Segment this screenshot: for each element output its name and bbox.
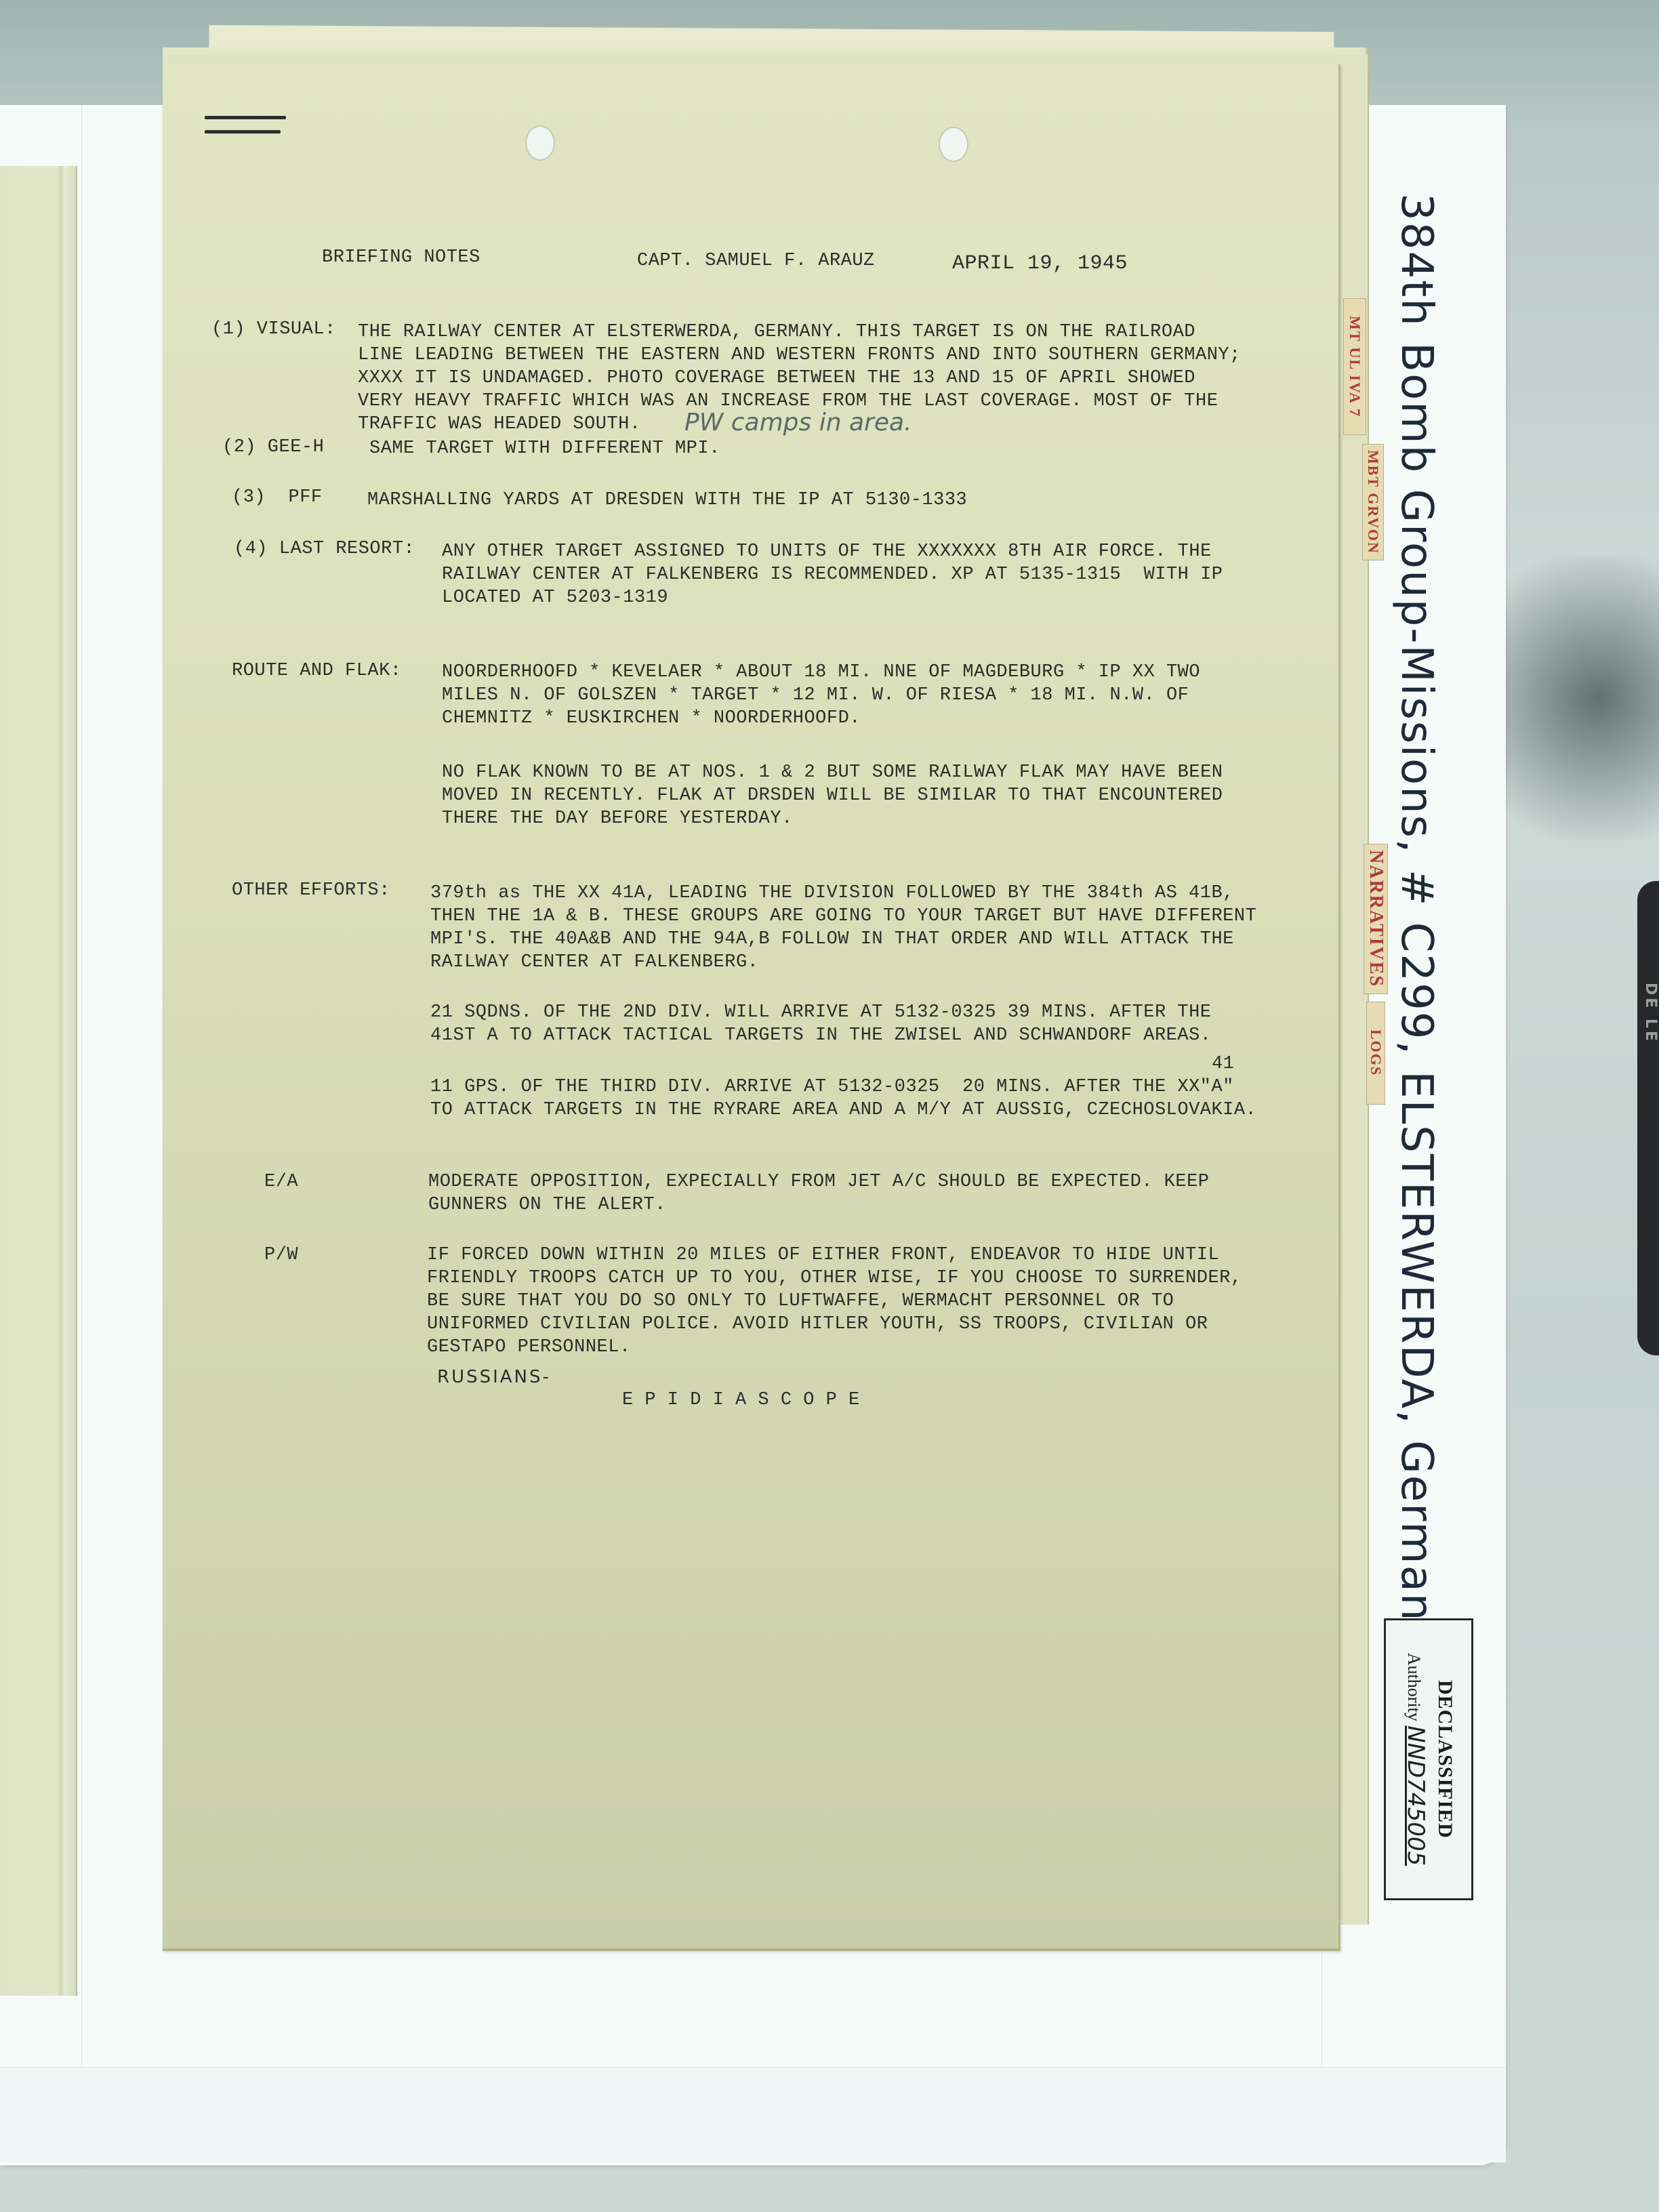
date: APRIL 19, 1945 bbox=[952, 252, 1128, 275]
route-line: MILES N. OF GOLSZEN * TARGET * 12 MI. W.… bbox=[442, 684, 1189, 707]
document-title: BRIEFING NOTES bbox=[322, 246, 480, 269]
visual-line: THE RAILWAY CENTER AT ELSTERWERDA, GERMA… bbox=[358, 321, 1195, 344]
folder-bottom-edge bbox=[0, 2067, 1506, 2163]
ea-label: E/A bbox=[264, 1170, 298, 1193]
pw-line: IF FORCED DOWN WITHIN 20 MILES OF EITHER… bbox=[427, 1244, 1219, 1267]
other-efforts-line: TO ATTACK TARGETS IN THE RYRARE AREA AND… bbox=[430, 1099, 1256, 1122]
last-resort-label: (4) LAST RESORT: bbox=[234, 537, 415, 560]
last-resort-line: RAILWAY CENTER AT FALKENBERG IS RECOMMEN… bbox=[442, 563, 1223, 586]
other-efforts-line: 379th as THE XX 41A, LEADING THE DIVISIO… bbox=[430, 882, 1234, 905]
pff-label: (3) PFF bbox=[232, 486, 323, 509]
author: CAPT. SAMUEL F. ARAUZ bbox=[637, 249, 875, 272]
pw-line: FRIENDLY TROOPS CATCH UP TO YOU, OTHER W… bbox=[427, 1267, 1242, 1290]
flak-line: THERE THE DAY BEFORE YESTERDAY. bbox=[442, 807, 793, 830]
other-efforts-line: 11 GPS. OF THE THIRD DIV. ARRIVE AT 5132… bbox=[430, 1076, 1234, 1099]
other-efforts-line: RAILWAY CENTER AT FALKENBERG. bbox=[430, 951, 758, 974]
route-line: NOORDERHOOFD * KEVELAER * ABOUT 18 MI. N… bbox=[442, 661, 1200, 684]
filing-mark bbox=[205, 116, 286, 144]
pw-label: P/W bbox=[264, 1244, 298, 1267]
ea-line: GUNNERS ON THE ALERT. bbox=[428, 1193, 666, 1216]
left-page-stack bbox=[0, 166, 77, 1996]
other-efforts-label: OTHER EFFORTS: bbox=[232, 879, 390, 902]
authority-value: NND745005 bbox=[1402, 1725, 1429, 1866]
pw-line: GESTAPO PERSONNEL. bbox=[427, 1336, 631, 1359]
declassified-title: DECLASSIFIED bbox=[1433, 1620, 1456, 1898]
authority-label: Authority bbox=[1404, 1653, 1424, 1721]
other-efforts-line: 41ST A TO ATTACK TACTICAL TARGETS IN THE… bbox=[430, 1024, 1211, 1047]
punch-hole bbox=[525, 125, 555, 161]
visual-line: XXXX IT IS UNDAMAGED. PHOTO COVERAGE BET… bbox=[358, 367, 1195, 390]
ea-line: MODERATE OPPOSITION, EXPECIALLY FROM JET… bbox=[428, 1170, 1209, 1193]
folder-handwritten-label: 384th Bomb Group-Missions, # C299, ELSTE… bbox=[1382, 193, 1450, 1521]
pw-line: BE SURE THAT YOU DO SO ONLY TO LUFTWAFFE… bbox=[427, 1290, 1174, 1313]
flak-line: MOVED IN RECENTLY. FLAK AT DRSDEN WILL B… bbox=[442, 784, 1223, 807]
visual-line: LINE LEADING BETWEEN THE EASTERN AND WES… bbox=[358, 344, 1241, 367]
other-efforts-line: MPI'S. THE 40A&B AND THE 94A,B FOLLOW IN… bbox=[430, 928, 1234, 951]
pff-text: MARSHALLING YARDS AT DRESDEN WITH THE IP… bbox=[367, 489, 967, 512]
stack-tab: MT UL IVA 7 bbox=[1343, 298, 1366, 435]
visual-label: (1) VISUAL: bbox=[211, 318, 336, 341]
route-flak-label: ROUTE AND FLAK: bbox=[232, 659, 402, 682]
declassified-stamp: DECLASSIFIED Authority NND745005 bbox=[1384, 1618, 1473, 1900]
device-label: DE LE bbox=[1643, 983, 1659, 1145]
handwritten-note-russians: RUSSIANS- bbox=[437, 1367, 551, 1387]
punch-hole bbox=[939, 127, 968, 162]
declassified-authority: Authority NND745005 bbox=[1402, 1620, 1429, 1898]
route-line: CHEMNITZ * EUSKIRCHEN * NOORDERHOOFD. bbox=[442, 707, 861, 730]
pw-line: UNIFORMED CIVILIAN POLICE. AVOID HITLER … bbox=[427, 1313, 1208, 1336]
briefing-notes-page: BRIEFING NOTES CAPT. SAMUEL F. ARAUZ APR… bbox=[163, 64, 1340, 1951]
gee-h-label: (2) GEE-H bbox=[222, 436, 324, 459]
flak-line: NO FLAK KNOWN TO BE AT NOS. 1 & 2 BUT SO… bbox=[442, 761, 1223, 784]
last-resort-line: ANY OTHER TARGET ASSIGNED TO UNITS OF TH… bbox=[442, 540, 1212, 563]
epidiascope-footer: E P I D I A S C O P E bbox=[622, 1389, 860, 1412]
visual-line: TRAFFIC WAS HEADED SOUTH. bbox=[358, 413, 641, 436]
handwritten-note-pw-camps: PW camps in area. bbox=[684, 409, 912, 436]
last-resort-line: LOCATED AT 5203-1319 bbox=[442, 586, 668, 609]
other-efforts-line: 21 SQDNS. OF THE 2ND DIV. WILL ARRIVE AT… bbox=[430, 1001, 1211, 1024]
folder-crease bbox=[81, 105, 82, 2138]
stack-tab: MBT GRVON bbox=[1362, 444, 1384, 560]
gee-h-text: SAME TARGET WITH DIFFERENT MPI. bbox=[369, 437, 720, 460]
correction-41: 41 bbox=[1212, 1052, 1234, 1076]
other-efforts-line: THEN THE 1A & B. THESE GROUPS ARE GOING … bbox=[430, 905, 1256, 928]
